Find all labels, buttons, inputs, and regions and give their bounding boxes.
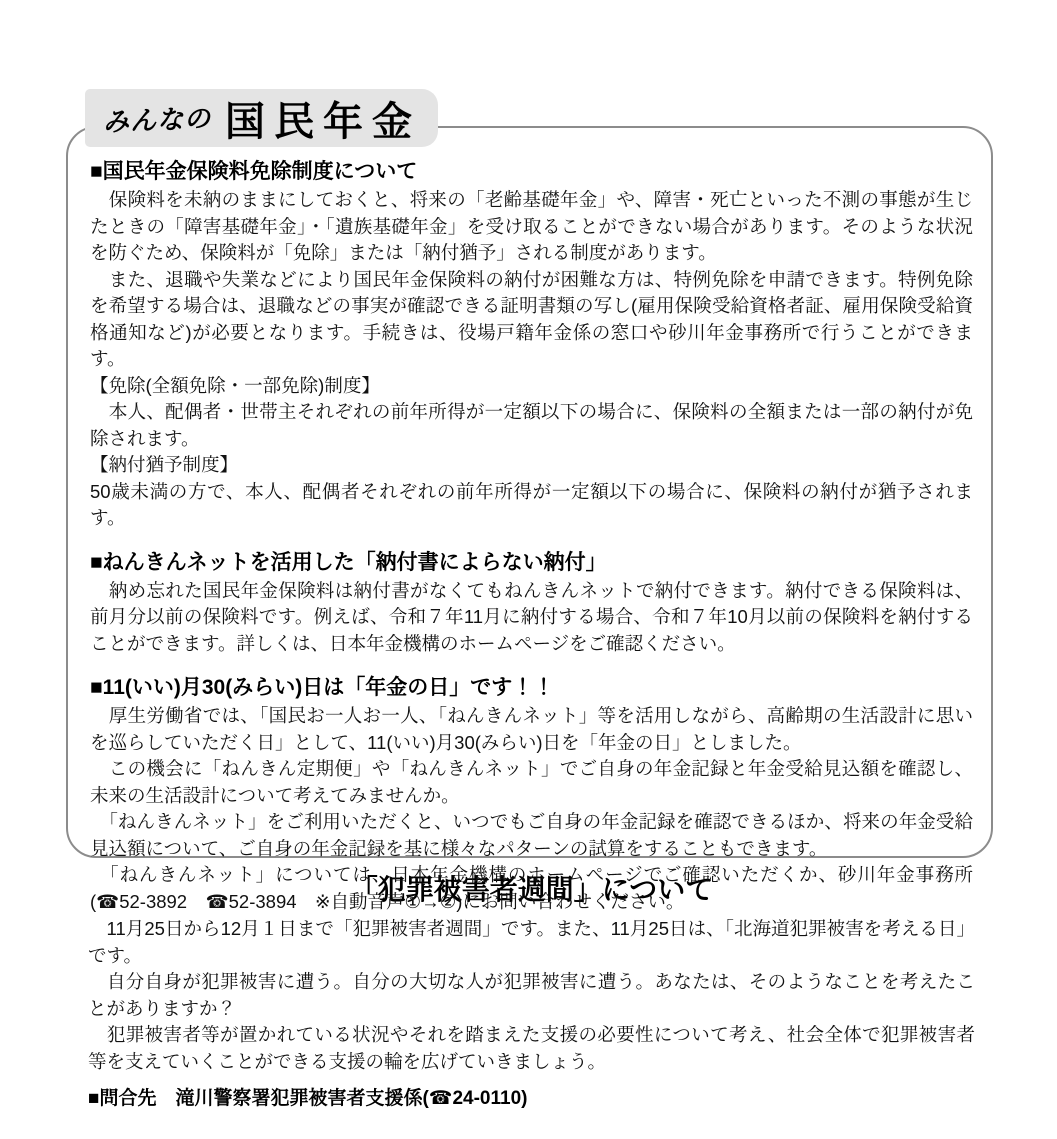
pension-day-paragraph-2: この機会に「ねんきん定期便」や「ねんきんネット」でご自身の年金記録と年金受給見込… — [90, 756, 973, 809]
deferral-subsection-text: 50歳未満の方で、本人、配偶者それぞれの前年所得が一定額以下の場合に、保険料の納… — [90, 479, 973, 532]
section-heading-nenkin-net: ■ねんきんネットを活用した「納付書によらない納付」 — [90, 549, 973, 576]
pension-header-badge: みんなの 国民年金 — [85, 89, 438, 147]
crime-paragraph-3: 犯罪被害者等が置かれている状況やそれを踏まえた支援の必要性について考え、社会全体… — [88, 1022, 975, 1075]
crime-paragraph-2: 自分自身が犯罪被害に遭う。自分の大切な人が犯罪被害に遭う。あなたは、そのようなこ… — [88, 969, 975, 1022]
pension-day-paragraph-1: 厚生労働省では、「国民お一人お一人、「ねんきんネット」等を活用しながら、高齢期の… — [90, 703, 973, 756]
exemption-paragraph-2: また、退職や失業などにより国民年金保険料の納付が困難な方は、特例免除を申請できま… — [90, 267, 973, 373]
section-heading-pension-day: ■11(いい)月30(みらい)日は「年金の日」です！！ — [90, 674, 973, 701]
pension-info-box: ■国民年金保険料免除制度について 保険料を未納のままにしておくと、将来の「老齢基… — [66, 126, 993, 858]
pension-day-paragraph-4: 「ねんきんネット」については、日本年金機構のホームページでご確認いただくか、砂川… — [90, 862, 973, 915]
deferral-subsection-title: 【納付猶予制度】 — [90, 452, 973, 479]
nenkin-net-paragraph: 納め忘れた国民年金保険料は納付書がなくてもねんきんネットで納付できます。納付でき… — [90, 578, 973, 658]
badge-title-label: 国民年金 — [225, 90, 421, 147]
pension-day-paragraph-3: 「ねんきんネット」をご利用いただくと、いつでもご自身の年金記録を確認できるほか、… — [90, 809, 973, 862]
badge-prefix-label: みんなの — [102, 98, 211, 139]
contact-info-line: ■問合先 滝川警察署犯罪被害者支援係(☎24-0110) — [88, 1085, 975, 1112]
newsletter-page: みんなの 国民年金 ■国民年金保険料免除制度について 保険料を未納のままにしてお… — [0, 0, 1057, 1139]
exemption-subsection-title: 【免除(全額免除・一部免除)制度】 — [90, 373, 973, 400]
section-heading-exemption: ■国民年金保険料免除制度について — [90, 158, 973, 185]
exemption-paragraph-1: 保険料を未納のままにしておくと、将来の「老齢基礎年金」や、障害・死亡といった不測… — [90, 187, 973, 267]
exemption-subsection-text: 本人、配偶者・世帯主それぞれの前年所得が一定額以下の場合に、保険料の全額または一… — [90, 399, 973, 452]
crime-paragraph-1: 11月25日から12月１日まで「犯罪被害者週間」です。また、11月25日は、「北… — [88, 916, 975, 969]
